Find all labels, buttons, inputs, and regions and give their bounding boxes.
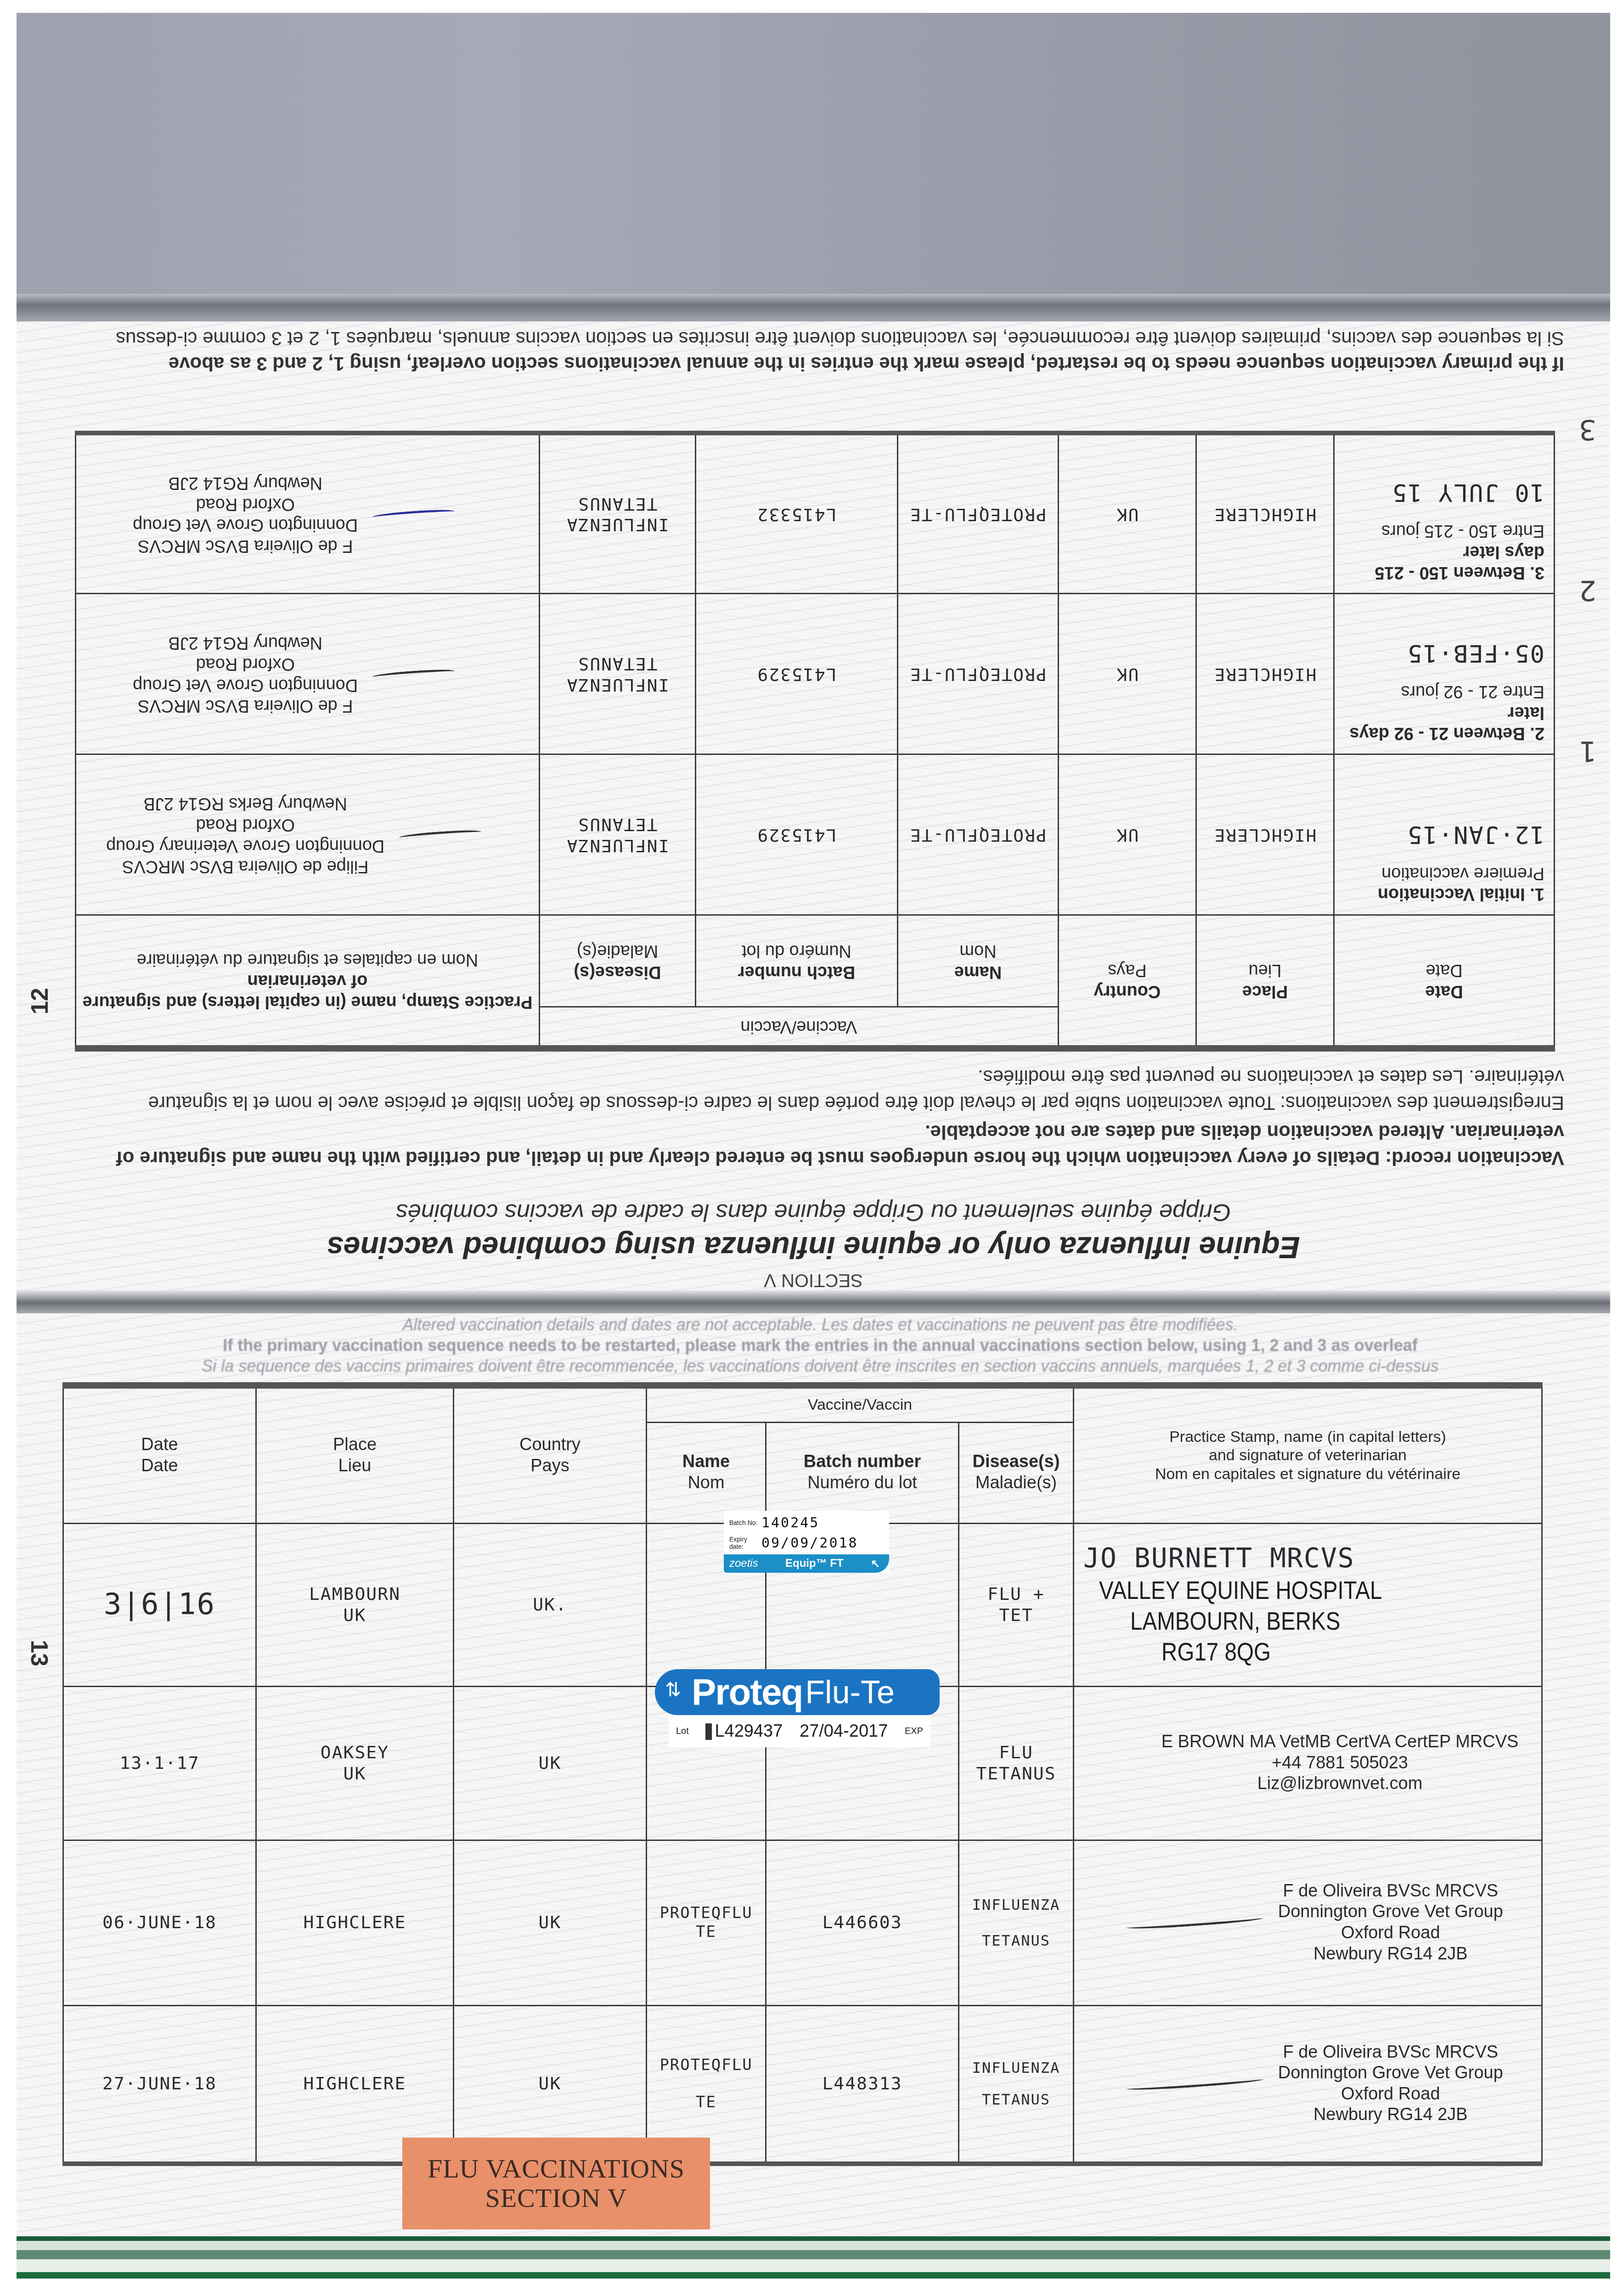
- header-country: Country Pays: [1059, 915, 1196, 1048]
- cell-country: UK: [454, 1840, 647, 2005]
- table-row: 1. Initial Vaccination Premiere vaccinat…: [75, 754, 1554, 915]
- cell-date: 27·JUNE·18: [63, 2005, 256, 2164]
- cell-date: 1. Initial Vaccination Premiere vaccinat…: [1334, 754, 1555, 915]
- annual-vaccination-table: Date Date Place Lieu Country Pays Vaccin…: [62, 1382, 1543, 2166]
- circled-number-3: 3: [1579, 413, 1596, 445]
- cell-vet-stamp: Filipe de Oliveira BVSc MRCVSDonnington …: [75, 754, 539, 915]
- cell-disease: FLUTETANUS: [959, 1686, 1074, 1840]
- table-row: 27·JUNE·18 HIGHCLERE UK PROTEQFLUTE L448…: [63, 2005, 1542, 2164]
- page-number: 13: [25, 1640, 53, 1666]
- cell-disease: INFLUENZATETANUS: [539, 594, 695, 754]
- page-12-rotated-content: SECTION V Equine influenza only or equin…: [17, 321, 1610, 1309]
- cell-place: LAMBOURNUK: [256, 1523, 454, 1686]
- cell-disease: INFLUENZATETANUS: [539, 754, 695, 915]
- signature: [1126, 1915, 1264, 1931]
- cell-batch: L446603: [766, 1840, 959, 2005]
- cell-country: UK: [1059, 433, 1196, 594]
- cell-vaccine-name: PROTEQFLU-TE: [898, 433, 1059, 594]
- table-header-row: Date Date Place Lieu Country Pays Vaccin…: [75, 1007, 1554, 1048]
- cell-date: 3. Between 150 - 215 days later Entre 15…: [1334, 433, 1555, 594]
- header-place: Place Lieu: [1196, 915, 1334, 1048]
- vet-name-handwritten: JO BURNETT MRCVS: [1083, 1542, 1541, 1575]
- table-row: 3. Between 150 - 215 days later Entre 15…: [75, 433, 1554, 594]
- header-vaccine-group: Vaccine/Vaccin: [647, 1385, 1074, 1422]
- scanner-lid-edge: [17, 294, 1610, 321]
- proteq-flu-te-vaccine-sticker: ⇅ Proteq Flu-Te Lot L429437 27/04-2017 E…: [655, 1665, 940, 1756]
- cell-vaccine-name: PROTEQFLU-TE: [898, 594, 1059, 754]
- book-cover-edge: [17, 2236, 1610, 2282]
- cell-place: HIGHCLERE: [256, 1840, 454, 2005]
- cell-vet-stamp: F de Oliveira BVSc MRCVSDonnington Grove…: [1074, 1840, 1542, 2005]
- cell-batch: L415329: [696, 594, 898, 754]
- signature: [372, 668, 455, 681]
- faded-note-3: Si la sequence des vaccins primaires doi…: [85, 1355, 1555, 1378]
- section-subtitle-fr: Grippe équine seulement ou Grippe équine…: [17, 1199, 1610, 1226]
- header-name: Name Nom: [898, 915, 1059, 1007]
- page-12-upside-down: SECTION V Equine influenza only or equin…: [17, 321, 1610, 1309]
- signature-blue-ink: [372, 508, 455, 520]
- cell-country: UK: [1059, 594, 1196, 754]
- footer-note-fr: Si la sequence des vaccins, primaires do…: [49, 325, 1564, 351]
- section-title: Equine influenza only or equine influenz…: [17, 1230, 1610, 1265]
- arrow-up-left-icon: ↖: [871, 1557, 880, 1570]
- cell-vaccine-name: PROTEQFLUTE: [647, 1840, 766, 2005]
- cell-disease: INFLUENZATETANUS: [959, 1840, 1074, 2005]
- cell-place: HIGHCLERE: [1196, 433, 1334, 594]
- circled-number-1: 1: [1579, 735, 1596, 767]
- header-country: Country Pays: [454, 1385, 647, 1523]
- header-disease: Disease(s) Maladie(s): [539, 915, 695, 1007]
- header-name: Name Nom: [647, 1422, 766, 1523]
- header-batch: Batch number Numéro du lot: [766, 1422, 959, 1523]
- header-vet: Practice Stamp, name (in capital letters…: [1074, 1385, 1542, 1523]
- cell-place: HIGHCLERE: [1196, 754, 1334, 915]
- page-13: Altered vaccination details and dates ar…: [17, 1313, 1610, 2282]
- cell-batch: L415332: [696, 433, 898, 594]
- cell-disease: INFLUENZATETANUS: [959, 2005, 1074, 2164]
- header-date: Date Date: [1334, 915, 1555, 1048]
- cell-place: OAKSEYUK: [256, 1686, 454, 1840]
- cell-date: 3|6|16: [63, 1523, 256, 1686]
- faded-note-2: If the primary vaccination sequence need…: [85, 1334, 1555, 1357]
- section-label: SECTION V: [17, 1270, 1610, 1290]
- cell-disease: FLU +TET: [959, 1523, 1074, 1686]
- cell-vet-stamp: F de Oliveira BVSc MRCVSDonnington Grove…: [1074, 2005, 1542, 2164]
- page-number: 12: [26, 988, 54, 1014]
- instructions-en: Vaccination record: Details of every vac…: [49, 1119, 1564, 1171]
- faded-note-1: Altered vaccination details and dates ar…: [85, 1313, 1555, 1336]
- cell-vet-stamp: F de Oliveira BVSc MRCVSDonnington Grove…: [75, 594, 539, 754]
- arrows-down-icon: ⇅: [665, 1678, 681, 1701]
- cell-date: 2. Between 21 - 92 days later Entre 21 -…: [1334, 594, 1555, 754]
- cell-vet-stamp: JO BURNETT MRCVS VALLEY EQUINE HOSPITAL …: [1074, 1523, 1542, 1686]
- instructions-fr: Enregistrement des vaccinations: Toute v…: [49, 1064, 1564, 1116]
- primary-vaccination-table: Date Date Place Lieu Country Pays Vaccin…: [75, 431, 1555, 1052]
- table-row: 06·JUNE·18 HIGHCLERE UK PROTEQFLUTE L446…: [63, 1840, 1542, 2005]
- header-batch: Batch number Numéro du lot: [696, 915, 898, 1007]
- cell-disease: INFLUENZATETANUS: [539, 433, 695, 594]
- cell-date: 06·JUNE·18: [63, 1840, 256, 2005]
- signature: [1126, 2076, 1264, 2092]
- cell-date: 13·1·17: [63, 1686, 256, 1840]
- equip-ft-vaccine-sticker: Batch No: 140245 Expiry date: 09/09/2018…: [724, 1511, 889, 1573]
- cell-country: UK: [1059, 754, 1196, 915]
- header-place: Place Lieu: [256, 1385, 454, 1523]
- cell-batch: L448313: [766, 2005, 959, 2164]
- header-date: Date Date: [63, 1385, 256, 1523]
- barcode-mark: [705, 1723, 712, 1740]
- cell-vaccine-name: PROTEQFLU-TE: [898, 754, 1059, 915]
- section-tab-flu-vaccinations: FLU VACCINATIONS SECTION V: [402, 2138, 710, 2229]
- cell-vet-stamp: E BROWN MA VetMB CertVA CertEP MRCVS +44…: [1074, 1686, 1542, 1840]
- signature: [399, 829, 482, 841]
- cell-place: HIGHCLERE: [1196, 594, 1334, 754]
- cell-vet-stamp: F de Oliveira BVSc MRCVSDonnington Grove…: [75, 433, 539, 594]
- header-vaccine-group: Vaccine/Vaccin: [539, 1007, 1058, 1048]
- circled-number-2: 2: [1579, 574, 1596, 606]
- table-header-row: Date Date Place Lieu Country Pays Vaccin…: [63, 1385, 1542, 1422]
- cell-country: UK: [454, 1686, 647, 1840]
- cell-batch: L415329: [696, 754, 898, 915]
- header-vet: Practice Stamp, name (in capital letters…: [75, 915, 539, 1048]
- table-row: 2. Between 21 - 92 days later Entre 21 -…: [75, 594, 1554, 754]
- header-disease: Disease(s) Maladie(s): [959, 1422, 1074, 1523]
- cell-country: UK.: [454, 1523, 647, 1686]
- footer-note-en: If the primary vaccination sequence need…: [49, 350, 1564, 377]
